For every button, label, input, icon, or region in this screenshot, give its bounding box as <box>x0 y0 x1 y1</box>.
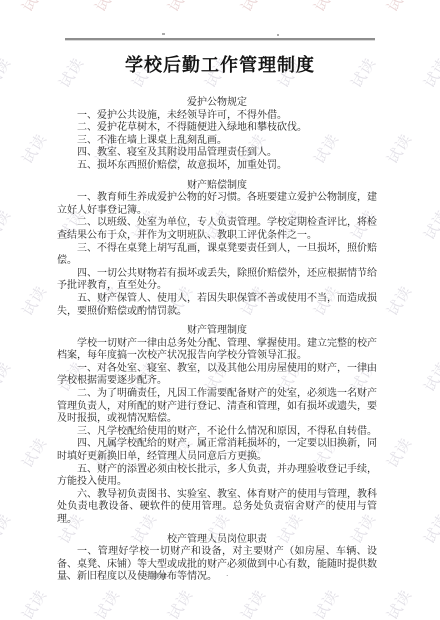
stray-mark <box>162 33 165 35</box>
watermark-text: 试读 <box>382 0 417 16</box>
footer-left-mark: - <box>66 572 68 580</box>
paragraph: 二、为了明确责任，凡因工作需要配备财产的处室，必须选一名财产管理负责人，对所配的… <box>57 388 377 426</box>
paragraph: 二、爱护花草树木，不得随便进入绿地和攀枝砍伐。 <box>57 122 377 135</box>
watermark-text: 试读 <box>90 0 125 16</box>
watermark-text: 试读 <box>17 281 52 319</box>
page-footer: - -可修编- · <box>0 572 440 582</box>
paragraph: 四、教室、寝室及其附设用品管理责任到人。 <box>57 147 377 160</box>
watermark-text: 试读 <box>419 509 440 547</box>
paragraph: 二、以班级、处室为单位，专人负责管理。学校定期检查评比，将检查结果公布于众，并作… <box>57 217 377 242</box>
footer-note: -可修编- <box>143 572 169 580</box>
paragraph: 四、一切公共财物若有损坏或丢失，除照价赔偿外，还应根据情节给予批评教育，直至处分… <box>57 268 377 293</box>
section-heading: 校产管理人员岗位职责 <box>57 534 377 547</box>
paragraph: 一、爱护公共设施，未经领导许可，不得外借。 <box>57 110 377 123</box>
watermark-text: 试读 <box>163 0 198 16</box>
watermark-text: 试读 <box>419 357 440 395</box>
section-property-management: 财产管理制度 学校一切财产一律由总务处分配、管理、掌握使用。建立完整的校产档案，… <box>57 325 377 527</box>
watermark-text: 试读 <box>17 433 52 471</box>
stray-mark <box>277 34 279 36</box>
paragraph: 一、对各处室、寝室、教室，以及其他公用房屋使用的财产，一律由学校根据需要逐步配齐… <box>57 363 377 388</box>
paragraph: 三、不得在桌凳上胡写乱画，课桌凳要责任到人，一旦损坏，照价赔偿。 <box>57 243 377 268</box>
watermark-text: 试读 <box>17 585 52 620</box>
watermark-text: 试读 <box>236 0 271 16</box>
watermark-text: 试读 <box>90 585 125 620</box>
section-heading: 财产管理制度 <box>57 325 377 338</box>
watermark-text: 试读 <box>0 357 15 395</box>
section-heading: 爱护公物规定 <box>57 97 377 110</box>
watermark-text: 试读 <box>17 129 52 167</box>
document-page: 试读试读试读试读试读试读试读试读试读试读试读试读试读试读试读试读试读试读试读试读… <box>0 0 440 620</box>
section-property-compensation: 财产赔偿制度 一、教育师生养成爱护公物的好习惯。各班要建立爱护公物制度，建立好人… <box>57 180 377 319</box>
paragraph: 五、财产的添置必须由校长批示，多人负责，并办理验收登记手续，方能投入使用。 <box>57 464 377 489</box>
watermark-text: 试读 <box>163 585 198 620</box>
watermark-text: 试读 <box>17 0 52 16</box>
watermark-text: 试读 <box>0 205 15 243</box>
paragraph: 五、损坏东西照价赔偿，故意损坏，加重处罚。 <box>57 160 377 173</box>
paragraph: 四、凡属学校配给的财产，属正常消耗损坏的，一定要以旧换新，同时填好更新换旧单，经… <box>57 438 377 463</box>
watermark-text: 试读 <box>309 585 344 620</box>
watermark-text: 试读 <box>382 281 417 319</box>
watermark-text: 试读 <box>382 433 417 471</box>
watermark-text: 试读 <box>0 509 15 547</box>
section-care-of-public-property: 爱护公物规定 一、爱护公共设施，未经领导许可，不得外借。 二、爱护花草树木，不得… <box>57 97 377 173</box>
watermark-text: 试读 <box>382 129 417 167</box>
document-body: 爱护公物规定 一、爱护公共设施，未经领导许可，不得外借。 二、爱护花草树木，不得… <box>57 97 377 584</box>
page-title: 学校后勤工作管理制度 <box>0 51 440 77</box>
watermark-text: 试读 <box>309 0 344 16</box>
paragraph: 学校一切财产一律由总务处分配、管理、掌握使用。建立完整的校产档案，每年度搞一次校… <box>57 338 377 363</box>
title-divider-rule <box>65 38 375 40</box>
paragraph: 三、凡学校配给使用的财产，不论什么情况和原因，不得私自转借。 <box>57 426 377 439</box>
watermark-text: 试读 <box>419 205 440 243</box>
paragraph: 六、教导初负责图书、实验室、教室、体育财产的使用与管理，教科处负责电教设备、硬软… <box>57 489 377 527</box>
footer-right-mark: · <box>226 572 228 580</box>
section-heading: 财产赔偿制度 <box>57 180 377 193</box>
paragraph: 三、不准在墙上课桌上乱刻乱画。 <box>57 135 377 148</box>
watermark-text: 试读 <box>382 585 417 620</box>
paragraph: 一、教育师生养成爱护公物的好习惯。各班要建立爱护公物制度，建立好人好事登记簿。 <box>57 192 377 217</box>
paragraph: 五、财产保管人、使用人，若因失职保管不善或使用不当，而造成损失，要照价赔偿或酌情… <box>57 293 377 318</box>
watermark-text: 试读 <box>236 585 271 620</box>
